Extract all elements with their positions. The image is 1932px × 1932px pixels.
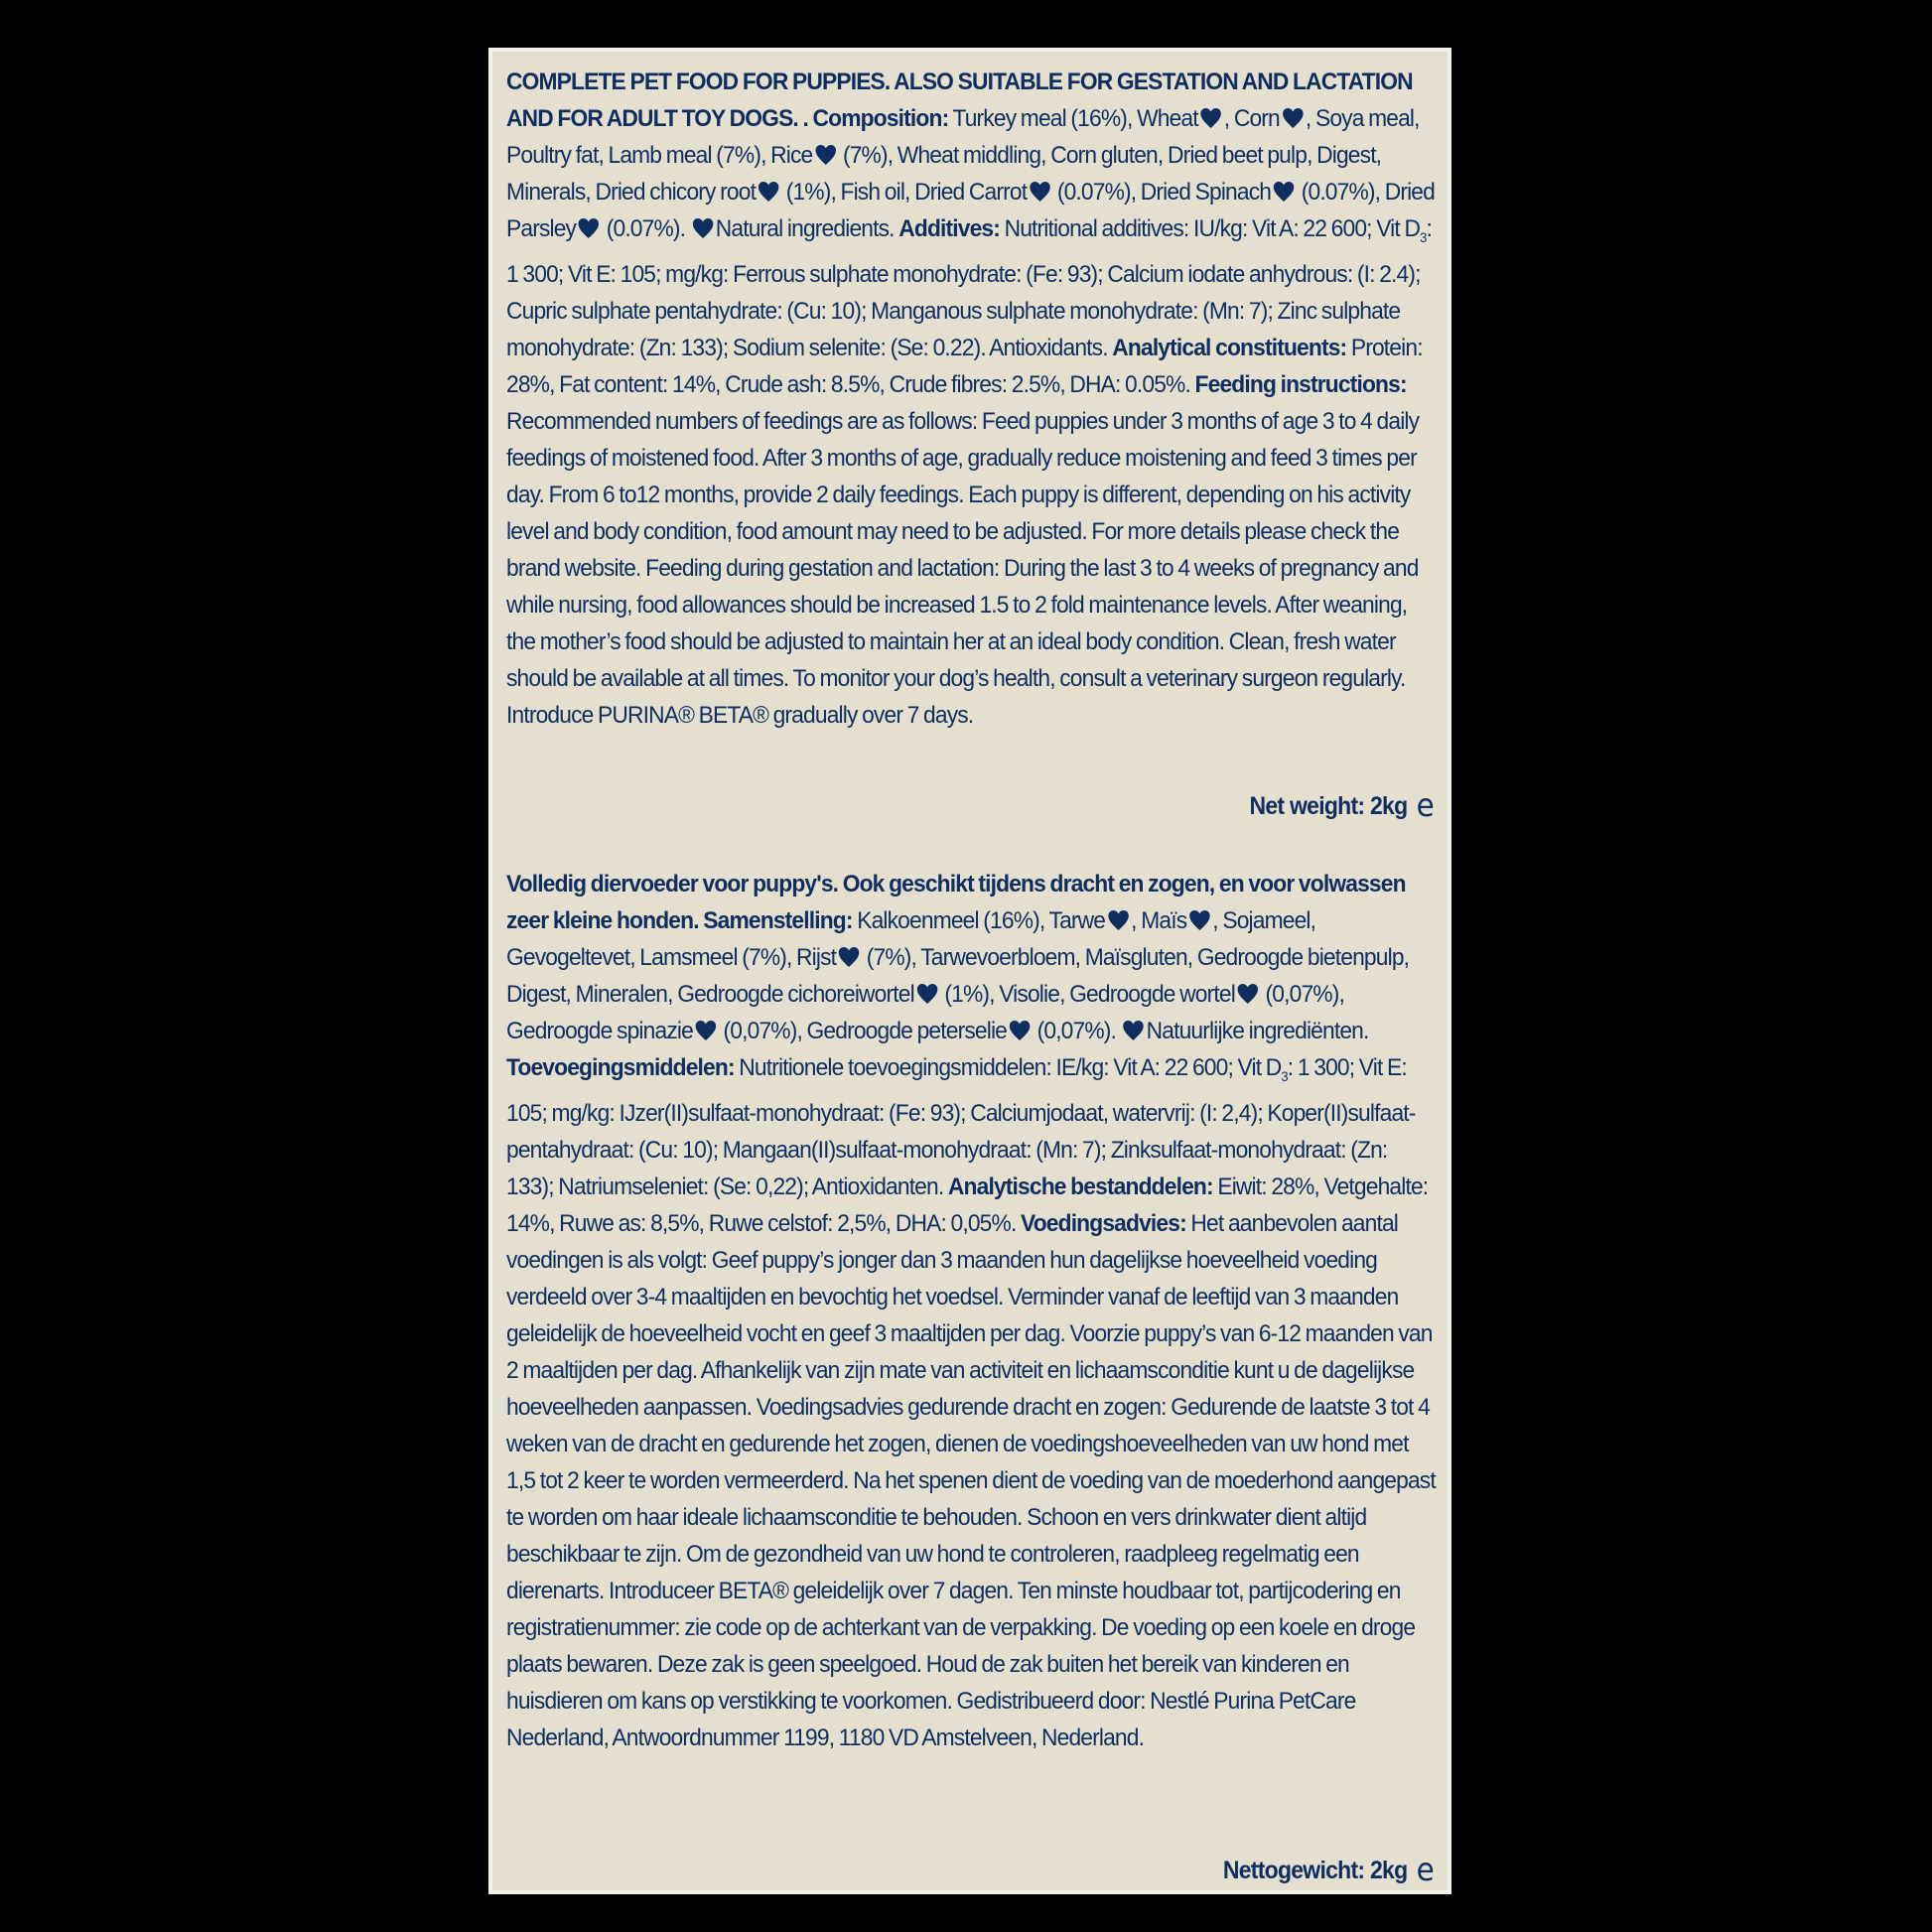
composition-text: (1%), Fish oil, Dried Carrot bbox=[781, 179, 1027, 206]
dutch-additives-label: Toevoegingsmiddelen: bbox=[506, 1054, 735, 1081]
dutch-analytical-label: Analytische bestanddelen: bbox=[948, 1173, 1213, 1200]
natural-ingredients-note: Natural ingredients. bbox=[716, 215, 895, 242]
heart-icon bbox=[1282, 107, 1304, 129]
net-weight-dutch: Nettogewicht: 2kge bbox=[575, 1851, 1434, 1888]
heart-icon bbox=[1009, 1020, 1031, 1041]
heart-icon bbox=[1029, 181, 1050, 203]
composition-text: (0,07%). bbox=[1033, 1018, 1121, 1044]
net-weight-text: Net weight: 2kg bbox=[1249, 792, 1407, 820]
net-weight-text: Nettogewicht: 2kg bbox=[1223, 1857, 1408, 1884]
heart-icon bbox=[578, 217, 600, 239]
heart-icon bbox=[692, 217, 714, 239]
heart-icon bbox=[1188, 909, 1210, 931]
dutch-composition-label: Samenstelling: bbox=[703, 907, 852, 934]
label-panel: COMPLETE PET FOOD FOR PUPPIES. ALSO SUIT… bbox=[488, 48, 1451, 1894]
composition-text: (1%), Visolie, Gedroogde wortel bbox=[940, 981, 1235, 1008]
feeding-text: Recommended numbers of feedings are as f… bbox=[506, 408, 1419, 729]
english-feeding-label: Feeding instructions: bbox=[1195, 371, 1407, 398]
heart-icon bbox=[758, 181, 779, 203]
heart-icon bbox=[1273, 181, 1295, 203]
dutch-feeding-label: Voedingsadvies: bbox=[1021, 1210, 1186, 1237]
net-weight: Net weight: 2kge bbox=[575, 786, 1434, 824]
english-label-text: COMPLETE PET FOOD FOR PUPPIES. ALSO SUIT… bbox=[506, 64, 1439, 734]
composition-text: (0.07%). bbox=[602, 215, 690, 242]
composition-text: Turkey meal (16%), Wheat bbox=[952, 105, 1197, 132]
composition-text: , Maïs bbox=[1131, 907, 1186, 934]
e-mark-icon: e bbox=[1417, 786, 1434, 824]
heart-icon bbox=[1122, 1020, 1144, 1041]
composition-text: Kalkoenmeel (16%), Tarwe bbox=[857, 907, 1105, 934]
natural-ingredients-note: Natuurlijke ingrediënten. bbox=[1147, 1018, 1369, 1044]
additives-text: Nutritional additives: IU/kg: Vit A: 22 … bbox=[1005, 215, 1420, 242]
english-composition-label: Composition: bbox=[813, 105, 949, 132]
composition-text: , Corn bbox=[1224, 105, 1280, 132]
additives-text: Nutritionele toevoegingsmiddelen: IE/kg:… bbox=[739, 1054, 1281, 1081]
english-additives-label: Additives: bbox=[898, 215, 1000, 242]
heart-icon bbox=[1107, 909, 1129, 931]
english-analytical-label: Analytical constituents: bbox=[1112, 335, 1346, 361]
feeding-text: Het aanbevolen aantal voedingen is als v… bbox=[506, 1210, 1436, 1751]
dutch-label-text: Volledig diervoeder voor puppy's. Ook ge… bbox=[506, 866, 1439, 1756]
e-mark-icon: e bbox=[1417, 1851, 1434, 1888]
heart-icon bbox=[916, 983, 938, 1005]
composition-text: (0.07%), Dried Spinach bbox=[1052, 179, 1271, 206]
heart-icon bbox=[838, 946, 860, 968]
heart-icon bbox=[695, 1020, 717, 1041]
heart-icon bbox=[814, 144, 836, 166]
heart-icon bbox=[1200, 107, 1222, 129]
composition-text: (0,07%), Gedroogde peterselie bbox=[719, 1018, 1007, 1044]
heart-icon bbox=[1237, 983, 1259, 1005]
